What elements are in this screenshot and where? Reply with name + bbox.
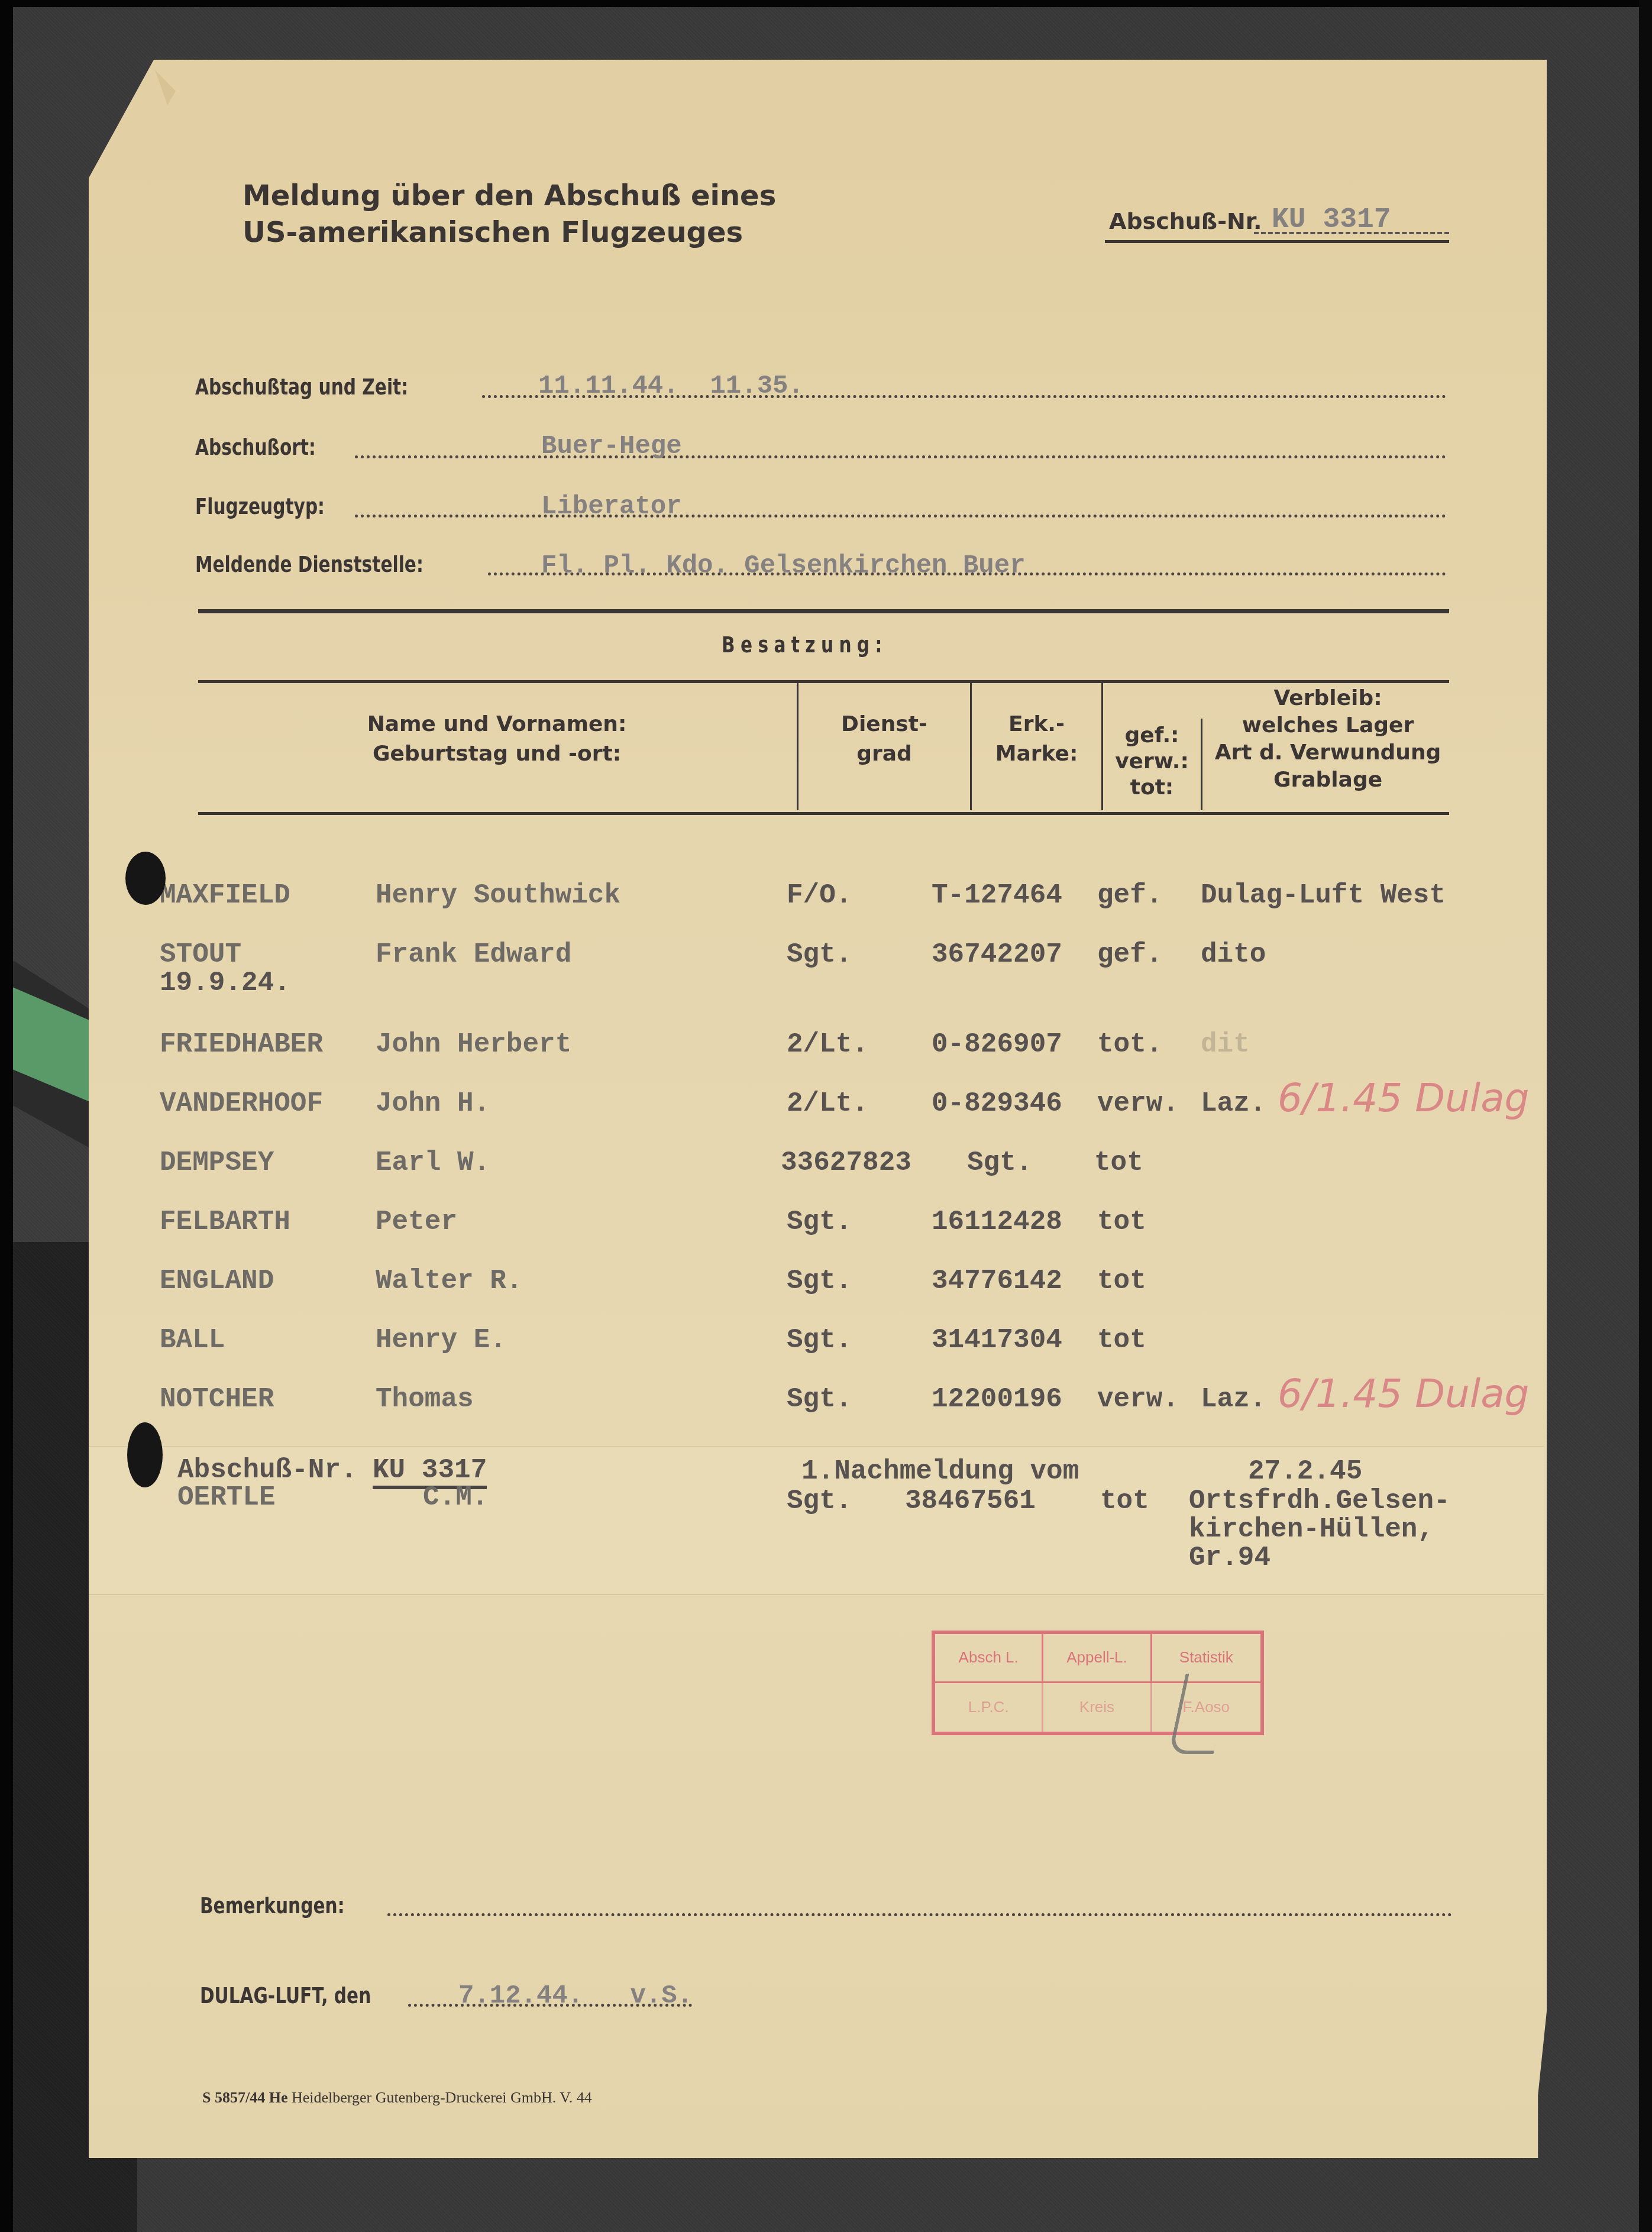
crew-surname: NOTCHER xyxy=(160,1384,274,1415)
crew-birthdate: 19.9.24. xyxy=(160,968,290,998)
printer-imprint: S 5857/44 He Heidelberger Gutenberg-Druc… xyxy=(202,2089,592,2107)
crew-surname: FRIEDHABER xyxy=(160,1029,323,1060)
field-dotted-line xyxy=(355,455,1446,458)
crew-rank: 2/Lt. xyxy=(787,1088,868,1119)
stamp-cell: L.P.C. xyxy=(935,1683,1043,1732)
crew-status: gef. xyxy=(1097,880,1162,911)
crew-serial: 16112428 xyxy=(932,1206,1062,1237)
table-header-top-rule xyxy=(198,680,1449,683)
crew-rank: 2/Lt. xyxy=(787,1029,868,1060)
crew-rank: F/O. xyxy=(787,880,852,911)
header-fate-column: Verbleib: welches Lager Art d. Verwundun… xyxy=(1204,685,1452,794)
crew-serial: 31417304 xyxy=(932,1325,1062,1356)
crew-rank: 33627823 xyxy=(781,1147,911,1178)
supplement-grave-line2: kirchen-Hüllen, xyxy=(1189,1514,1434,1545)
crew-status: tot xyxy=(1097,1206,1146,1237)
crew-given: Walter R. xyxy=(376,1266,522,1296)
crew-given: Henry Southwick xyxy=(376,880,620,911)
header-serial-column: Erk.- Marke: xyxy=(972,710,1101,769)
crew-serial: 0-826907 xyxy=(932,1029,1062,1060)
crew-fate: Dulag-Luft West xyxy=(1201,880,1446,911)
stamp-cell: Absch L. xyxy=(935,1634,1043,1683)
abschuss-nr-dashline xyxy=(1254,232,1449,234)
crew-serial: 0-829346 xyxy=(932,1088,1062,1119)
place-date-value: 7.12.44. v.S. xyxy=(458,1981,693,2011)
crew-fate: dit xyxy=(1201,1029,1250,1060)
crew-surname: DEMPSEY xyxy=(160,1147,274,1178)
crew-rank: Sgt. xyxy=(787,1325,852,1356)
crew-serial: 12200196 xyxy=(932,1384,1062,1415)
crew-heading: Besatzung: xyxy=(722,632,888,658)
scan-border-top xyxy=(0,0,1652,7)
crew-status: tot xyxy=(1094,1147,1143,1178)
crew-surname: VANDERHOOF xyxy=(160,1088,323,1119)
remarks-dotted-line xyxy=(387,1913,1452,1916)
stamp-cell: Appell-L. xyxy=(1043,1634,1152,1683)
crew-serial: T-127464 xyxy=(932,880,1062,911)
crew-rank: Sgt. xyxy=(787,1384,852,1415)
form-title-line1: Meldung über den Abschuß eines xyxy=(243,177,776,214)
crew-serial: Sgt. xyxy=(967,1147,1032,1178)
crew-status: verw. xyxy=(1097,1088,1179,1119)
crew-given: John Herbert xyxy=(376,1029,571,1060)
field-value-reporting-unit: Fl. Pl. Kdo. Gelsenkirchen Buer xyxy=(541,551,1026,581)
supplement-abschuss-label: Abschuß-Nr. xyxy=(177,1455,357,1486)
column-divider xyxy=(1201,719,1202,810)
table-header-bottom-rule xyxy=(198,812,1449,815)
crew-given: Frank Edward xyxy=(376,939,571,970)
section-rule xyxy=(198,609,1449,613)
crew-status: gef. xyxy=(1097,939,1162,970)
crew-status: verw. xyxy=(1097,1384,1179,1415)
field-value-aircraft-type: Liberator xyxy=(541,492,682,522)
punch-hole xyxy=(127,1422,163,1487)
supplement-grave-line1: Ortsfrdh.Gelsen- xyxy=(1189,1486,1450,1516)
crew-status: tot xyxy=(1097,1325,1146,1356)
field-label-aircraft-type: Flugzeugtyp: xyxy=(195,493,325,519)
form-title: Meldung über den Abschuß eines US-amerik… xyxy=(243,177,776,251)
supplement-date: 27.2.45 xyxy=(1248,1456,1362,1487)
crew-rank: Sgt. xyxy=(787,939,852,970)
supplement-serial: 38467561 xyxy=(905,1486,1036,1516)
supplement-grave-line3: Gr.94 xyxy=(1189,1542,1270,1573)
abschuss-nr-label: Abschuß-Nr. xyxy=(1109,208,1262,234)
supplement-status: tot xyxy=(1100,1486,1149,1516)
field-value-location: Buer-Hege xyxy=(541,432,682,461)
abschuss-nr-value: KU 3317 xyxy=(1272,204,1391,236)
supplement-given-name: C.M. xyxy=(423,1482,488,1513)
red-pencil-annotation: 6/1.45 Dulag xyxy=(1278,1371,1530,1416)
header-rank-column: Dienst- grad xyxy=(798,710,970,769)
crew-fate: dito xyxy=(1201,939,1266,970)
crew-surname: BALL xyxy=(160,1325,225,1356)
supplement-rank: Sgt. xyxy=(787,1486,852,1516)
crew-surname: FELBARTH xyxy=(160,1206,290,1237)
crew-surname: MAXFIELD xyxy=(160,880,290,911)
scan-border-left xyxy=(0,0,13,2232)
field-value-date-time: 11.11.44. 11.35. xyxy=(538,371,804,401)
crew-serial: 36742207 xyxy=(932,939,1062,970)
crew-status: tot xyxy=(1097,1266,1146,1296)
crew-given: John H. xyxy=(376,1088,490,1119)
crew-surname: STOUT xyxy=(160,939,241,970)
abschuss-nr-underline xyxy=(1105,240,1449,243)
crew-status: tot. xyxy=(1097,1029,1162,1060)
field-dotted-line xyxy=(355,515,1446,517)
stamp-cell: Kreis xyxy=(1043,1683,1152,1732)
red-pencil-annotation: 6/1.45 Dulag xyxy=(1278,1075,1530,1121)
scan-border-right xyxy=(1639,0,1652,2232)
field-label-date-time: Abschußtag und Zeit: xyxy=(195,374,408,400)
punch-hole xyxy=(125,852,166,905)
header-status-column: gef.: verw.: tot: xyxy=(1103,723,1201,801)
crew-given: Thomas xyxy=(376,1384,474,1415)
supplement-nachmeldung: 1.Nachmeldung vom xyxy=(801,1456,1079,1487)
crew-fate: Laz. xyxy=(1201,1088,1266,1119)
crew-given: Earl W. xyxy=(376,1147,490,1178)
remarks-label: Bemerkungen: xyxy=(200,1893,344,1919)
form-title-line2: US-amerikanischen Flugzeuges xyxy=(243,214,776,251)
crew-surname: ENGLAND xyxy=(160,1266,274,1296)
crew-given: Henry E. xyxy=(376,1325,506,1356)
crew-rank: Sgt. xyxy=(787,1206,852,1237)
crew-fate: Laz. xyxy=(1201,1384,1266,1415)
place-date-label: DULAG-LUFT, den xyxy=(200,1982,371,2008)
field-label-location: Abschußort: xyxy=(195,434,316,460)
header-name-column: Name und Vornamen: Geburtstag und -ort: xyxy=(308,710,686,769)
field-label-reporting-unit: Meldende Dienststelle: xyxy=(195,551,423,577)
crew-rank: Sgt. xyxy=(787,1266,852,1296)
crew-given: Peter xyxy=(376,1206,457,1237)
crew-serial: 34776142 xyxy=(932,1266,1062,1296)
supplement-surname: OERTLE xyxy=(177,1482,276,1513)
